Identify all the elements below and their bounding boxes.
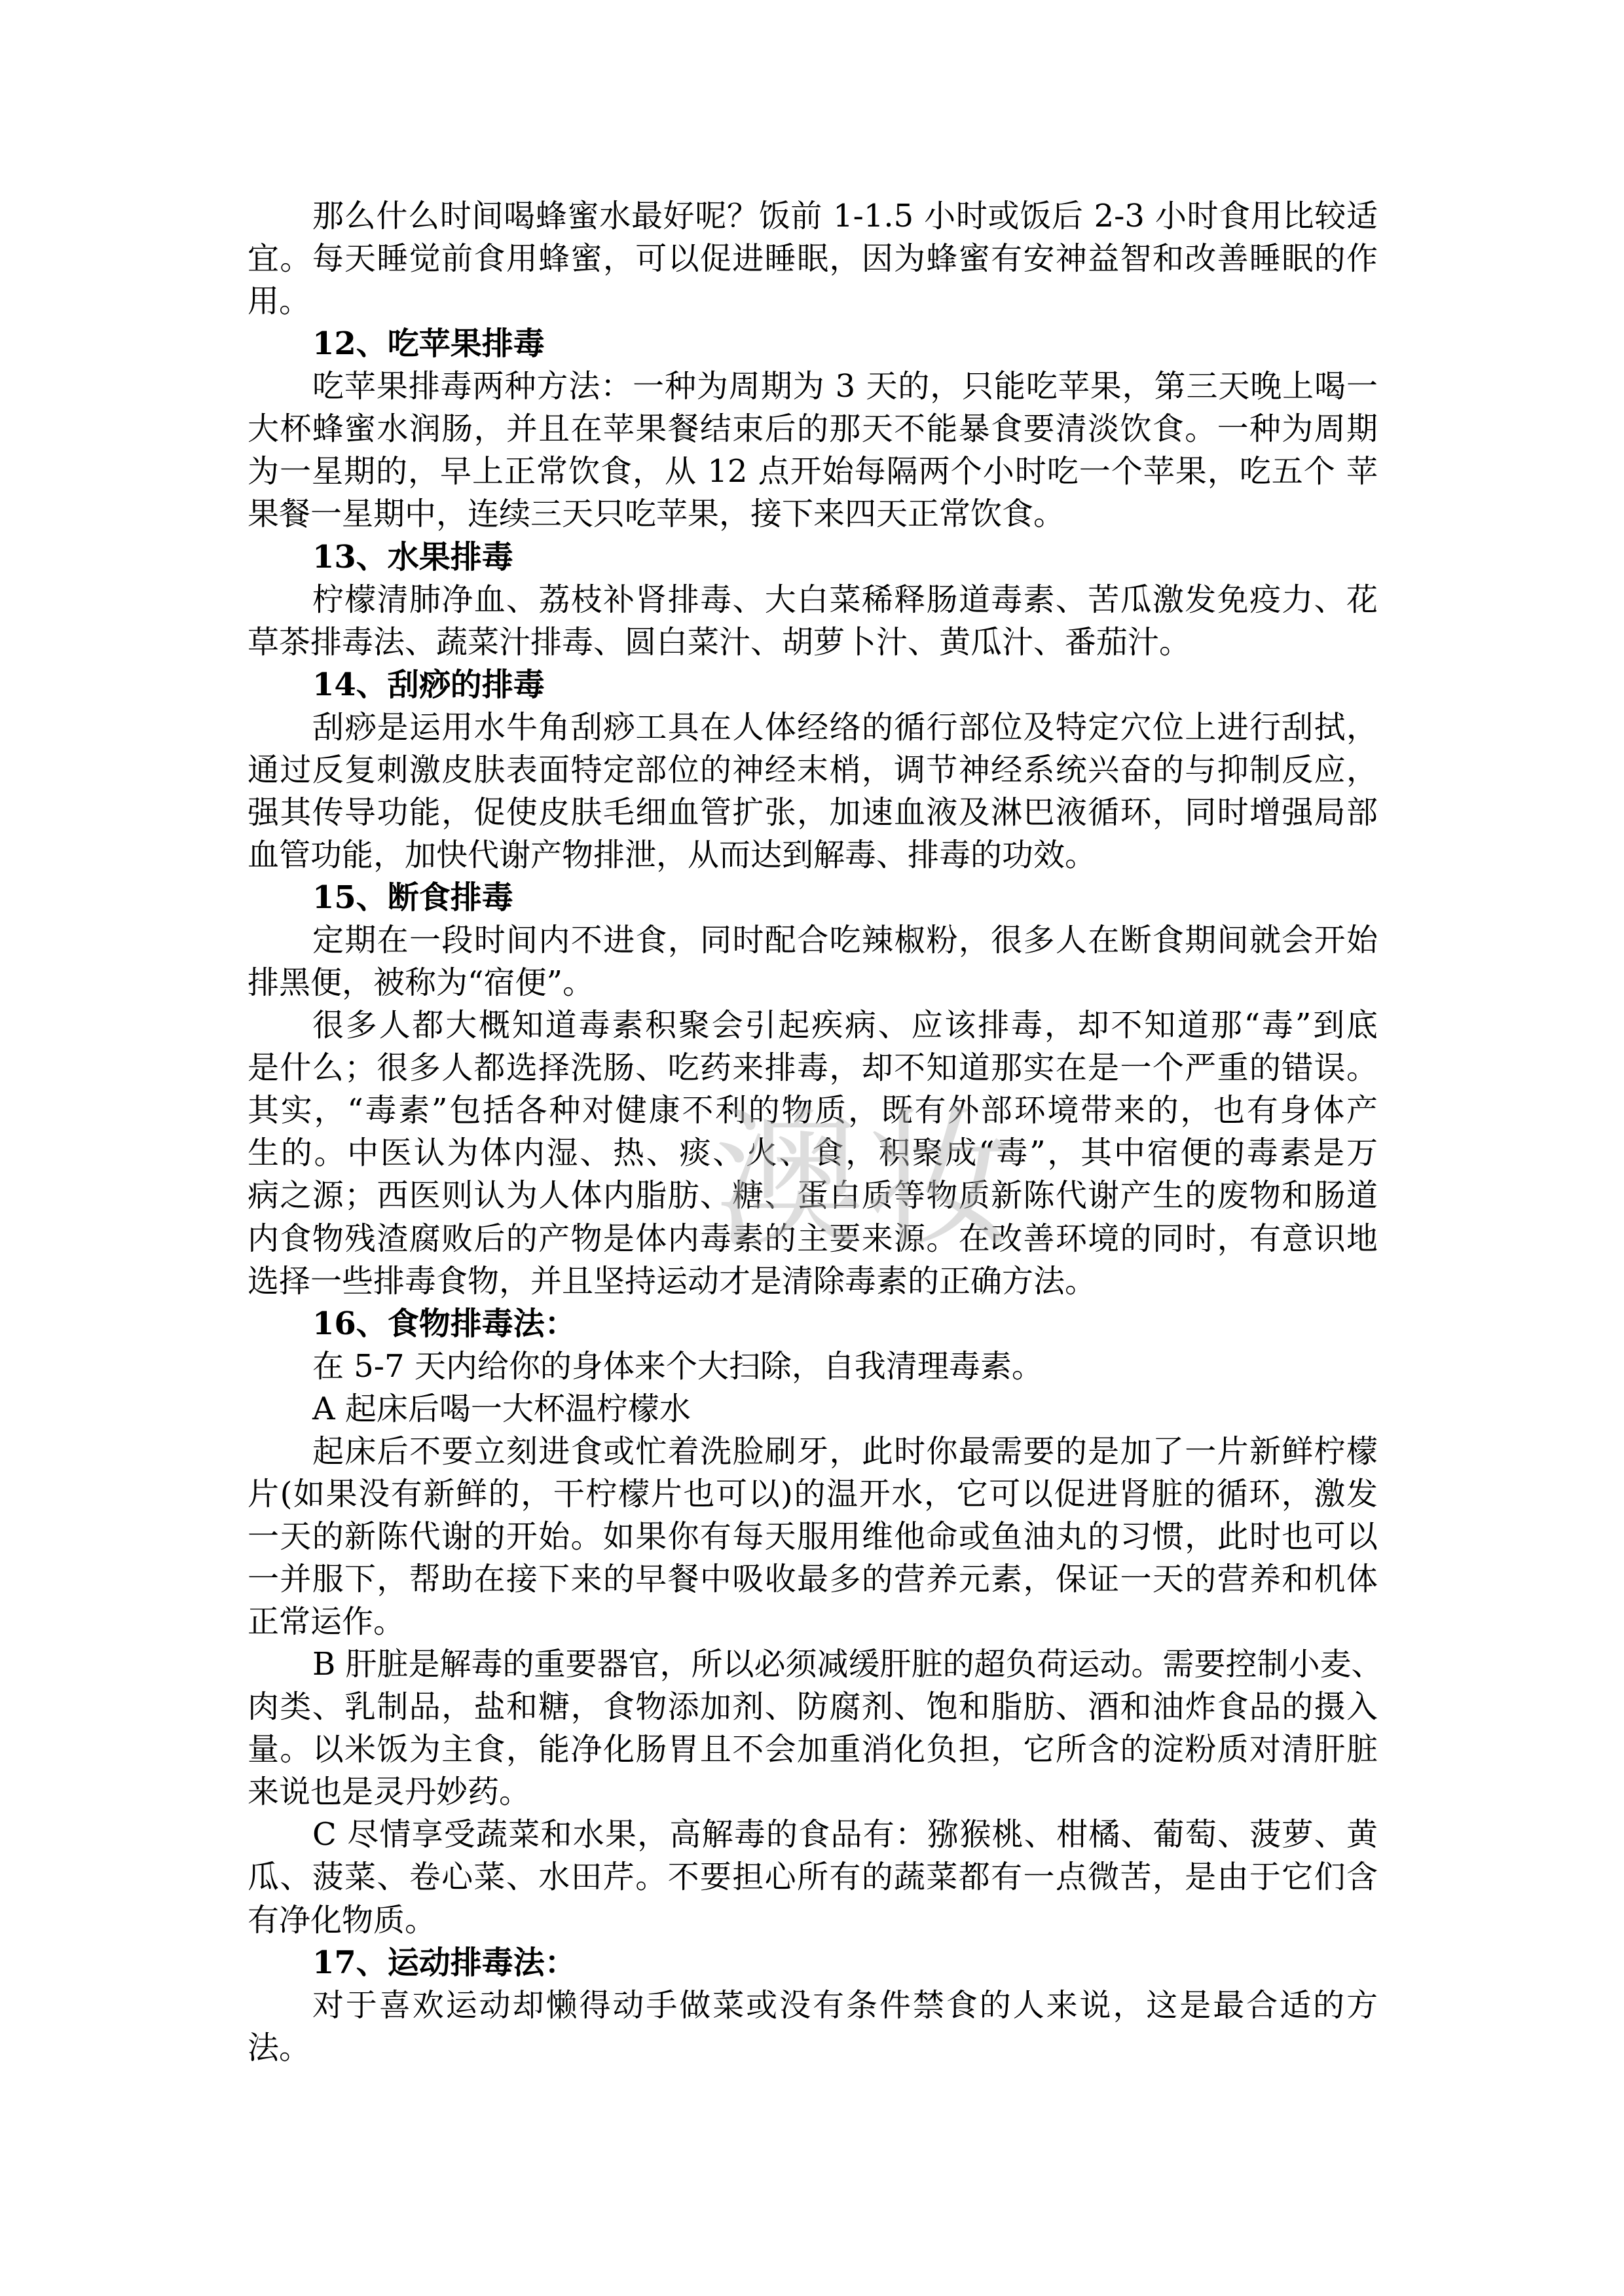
text-line: 法。 <box>248 2027 1378 2069</box>
text-line: 来说也是灵丹妙药。 <box>248 1771 1378 1813</box>
text-line: 有净化物质。 <box>248 1899 1378 1942</box>
text-line: 草茶排毒法、蔬菜汁排毒、圆白菜汁、胡萝卜汁、黄瓜汁、番茄汁。 <box>248 621 1378 664</box>
paragraph: 吃苹果排毒两种方法：一种为周期为 3 天的，只能吃苹果，第三天晚上喝一大杯蜂蜜水… <box>248 365 1378 536</box>
section-heading: 15、断食排毒 <box>248 877 1378 919</box>
section-heading: 16、食物排毒法： <box>248 1303 1378 1345</box>
section-heading: 17、运动排毒法： <box>248 1942 1378 1984</box>
text-line: 果餐一星期中，连续三天只吃苹果，接下来四天正常饮食。 <box>248 493 1378 536</box>
text-line: 用。 <box>248 280 1378 323</box>
text-line: 通过反复刺激皮肤表面特定部位的神经末梢，调节神经系统兴奋的与抑制反应， <box>248 749 1378 792</box>
paragraph: 柠檬清肺净血、荔枝补肾排毒、大白菜稀释肠道毒素、苦瓜激发免疫力、花草茶排毒法、蔬… <box>248 579 1378 664</box>
document-body: 那么什么时间喝蜂蜜水最好呢？饭前 1-1.5 小时或饭后 2-3 小时食用比较适… <box>248 195 1378 2069</box>
paragraph: 对于喜欢运动却懒得动手做菜或没有条件禁食的人来说，这是最合适的方法。 <box>248 1984 1378 2069</box>
text-line: 一天的新陈代谢的开始。如果你有每天服用维他命或鱼油丸的习惯，此时也可以 <box>248 1516 1378 1558</box>
paragraph: 定期在一段时间内不进食，同时配合吃辣椒粉，很多人在断食期间就会开始排黑便，被称为… <box>248 919 1378 1004</box>
text-line: 吃苹果排毒两种方法：一种为周期为 3 天的，只能吃苹果，第三天晚上喝一 <box>248 365 1378 408</box>
text-line: 柠檬清肺净血、荔枝补肾排毒、大白菜稀释肠道毒素、苦瓜激发免疫力、花 <box>248 579 1378 621</box>
paragraph: C 尽情享受蔬菜和水果，高解毒的食品有：猕猴桃、柑橘、葡萄、菠萝、黄瓜、菠菜、卷… <box>248 1813 1378 1941</box>
text-line: B 肝脏是解毒的重要器官，所以必须减缓肝脏的超负荷运动。需要控制小麦、 <box>248 1643 1378 1686</box>
text-line: 肉类、乳制品，盐和糖，食物添加剂、防腐剂、饱和脂肪、酒和油炸食品的摄入 <box>248 1686 1378 1728</box>
text-line: 为一星期的，早上正常饮食，从 12 点开始每隔两个小时吃一个苹果，吃五个 苹 <box>248 450 1378 493</box>
paragraph: B 肝脏是解毒的重要器官，所以必须减缓肝脏的超负荷运动。需要控制小麦、肉类、乳制… <box>248 1643 1378 1813</box>
text-line: 血管功能，加快代谢产物排泄，从而达到解毒、排毒的功效。 <box>248 834 1378 877</box>
paragraph: 那么什么时间喝蜂蜜水最好呢？饭前 1-1.5 小时或饭后 2-3 小时食用比较适… <box>248 195 1378 323</box>
paragraph: 在 5-7 天内给你的身体来个大扫除，自我清理毒素。 <box>248 1345 1378 1388</box>
document-page: 那么什么时间喝蜂蜜水最好呢？饭前 1-1.5 小时或饭后 2-3 小时食用比较适… <box>0 0 1624 2296</box>
text-line: 正常运作。 <box>248 1601 1378 1643</box>
text-line: 是什么；很多人都选择洗肠、吃药来排毒，却不知道那实在是一个严重的错误。 <box>248 1047 1378 1089</box>
paragraph: 起床后不要立刻进食或忙着洗脸刷牙，此时你最需要的是加了一片新鲜柠檬片(如果没有新… <box>248 1430 1378 1643</box>
text-line: 选择一些排毒食物，并且坚持运动才是清除毒素的正确方法。 <box>248 1260 1378 1303</box>
section-heading: 13、水果排毒 <box>248 536 1378 579</box>
text-line: 定期在一段时间内不进食，同时配合吃辣椒粉，很多人在断食期间就会开始 <box>248 919 1378 962</box>
text-line: 量。以米饭为主食，能净化肠胃且不会加重消化负担，它所含的淀粉质对清肝脏 <box>248 1728 1378 1771</box>
text-line: 一并服下，帮助在接下来的早餐中吸收最多的营养元素，保证一天的营养和机体 <box>248 1558 1378 1601</box>
text-line: 排黑便，被称为“宿便”。 <box>248 962 1378 1004</box>
text-line: 大杯蜂蜜水润肠，并且在苹果餐结束后的那天不能暴食要清淡饮食。一种为周期 <box>248 408 1378 450</box>
text-line: 起床后不要立刻进食或忙着洗脸刷牙，此时你最需要的是加了一片新鲜柠檬 <box>248 1430 1378 1473</box>
text-line: C 尽情享受蔬菜和水果，高解毒的食品有：猕猴桃、柑橘、葡萄、菠萝、黄 <box>248 1813 1378 1856</box>
text-line: 宜。每天睡觉前食用蜂蜜，可以促进睡眠，因为蜂蜜有安神益智和改善睡眠的作 <box>248 238 1378 280</box>
paragraph: A 起床后喝一大杯温柠檬水 <box>248 1388 1378 1430</box>
text-line: 片(如果没有新鲜的，干柠檬片也可以)的温开水，它可以促进肾脏的循环，激发 <box>248 1473 1378 1516</box>
text-line: 生的。中医认为体内湿、热、痰、火、食，积聚成“毒”，其中宿便的毒素是万 <box>248 1132 1378 1175</box>
text-line: 对于喜欢运动却懒得动手做菜或没有条件禁食的人来说，这是最合适的方 <box>248 1984 1378 2027</box>
text-line: 在 5-7 天内给你的身体来个大扫除，自我清理毒素。 <box>248 1345 1378 1388</box>
text-line: 刮痧是运用水牛角刮痧工具在人体经络的循行部位及特定穴位上进行刮拭， <box>248 706 1378 749</box>
text-line: 内食物残渣腐败后的产物是体内毒素的主要来源。在改善环境的同时，有意识地 <box>248 1218 1378 1260</box>
text-line: 很多人都大概知道毒素积聚会引起疾病、应该排毒，却不知道那“毒”到底 <box>248 1004 1378 1047</box>
text-line: A 起床后喝一大杯温柠檬水 <box>248 1388 1378 1430</box>
text-line: 那么什么时间喝蜂蜜水最好呢？饭前 1-1.5 小时或饭后 2-3 小时食用比较适 <box>248 195 1378 238</box>
paragraph: 刮痧是运用水牛角刮痧工具在人体经络的循行部位及特定穴位上进行刮拭，通过反复刺激皮… <box>248 706 1378 877</box>
section-heading: 12、吃苹果排毒 <box>248 323 1378 365</box>
text-line: 其实，“毒素”包括各种对健康不利的物质，既有外部环境带来的，也有身体产 <box>248 1089 1378 1132</box>
section-heading: 14、刮痧的排毒 <box>248 664 1378 706</box>
text-line: 强其传导功能，促使皮肤毛细血管扩张，加速血液及淋巴液循环，同时增强局部 <box>248 792 1378 834</box>
text-line: 瓜、菠菜、卷心菜、水田芹。不要担心所有的蔬菜都有一点微苦，是由于它们含 <box>248 1856 1378 1899</box>
text-line: 病之源；西医则认为人体内脂肪、糖、蛋白质等物质新陈代谢产生的废物和肠道 <box>248 1175 1378 1217</box>
paragraph: 很多人都大概知道毒素积聚会引起疾病、应该排毒，却不知道那“毒”到底是什么；很多人… <box>248 1004 1378 1302</box>
